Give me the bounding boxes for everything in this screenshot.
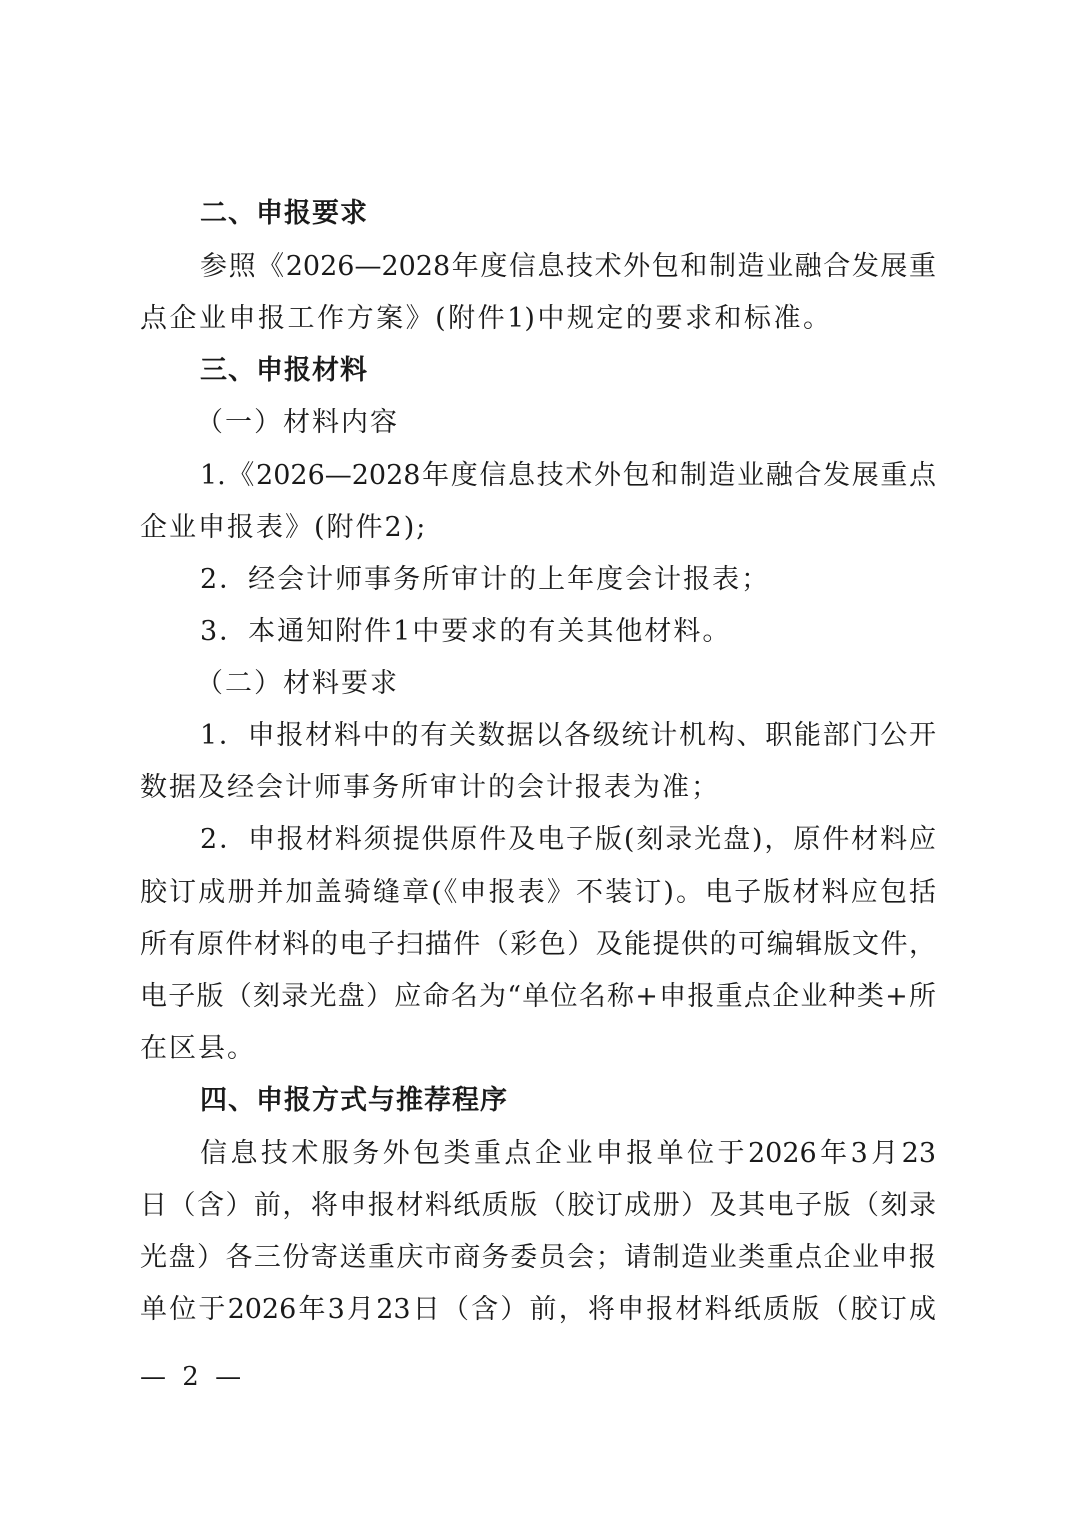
section-heading-requirements: 二、申报要求 <box>200 197 936 231</box>
list-item-line: 企业申报表》(附件2); <box>140 511 936 545</box>
section-heading-materials: 三、申报材料 <box>200 354 936 388</box>
list-item: 3．本通知附件1中要求的有关其他材料。 <box>200 615 936 649</box>
section-heading-procedure: 四、申报方式与推荐程序 <box>200 1084 936 1118</box>
subsection-heading-requirements: （二）材料要求 <box>196 667 992 701</box>
paragraph-line: 日（含）前，将申报材料纸质版（胶订成册）及其电子版（刻录 <box>140 1189 936 1223</box>
list-item-line: 胶订成册并加盖骑缝章(《申报表》不装订)。电子版材料应包括 <box>140 876 936 910</box>
paragraph-line: 信息技术服务外包类重点企业申报单位于2026年3月23 <box>200 1137 936 1171</box>
paragraph-line: 单位于2026年3月23日（含）前，将申报材料纸质版（胶订成 <box>140 1293 936 1327</box>
list-item-line: 2．申报材料须提供原件及电子版(刻录光盘)，原件材料应 <box>200 823 936 857</box>
list-item-line: 电子版（刻录光盘）应命名为“单位名称+申报重点企业种类+所 <box>140 980 936 1014</box>
list-item-line: 1.《2026—2028年度信息技术外包和制造业融合发展重点 <box>200 459 936 493</box>
list-item-line: 数据及经会计师事务所审计的会计报表为准； <box>140 771 936 805</box>
paragraph-line: 参照《2026—2028年度信息技术外包和制造业融合发展重 <box>200 250 936 284</box>
paragraph-line: 光盘）各三份寄送重庆市商务委员会；请制造业类重点企业申报 <box>140 1241 936 1275</box>
subsection-heading-content: （一）材料内容 <box>196 406 992 440</box>
list-item: 2．经会计师事务所审计的上年度会计报表； <box>200 563 936 597</box>
list-item-line: 在区县。 <box>140 1032 936 1066</box>
page-number: — 2 — <box>140 1362 245 1392</box>
list-item-line: 所有原件材料的电子扫描件（彩色）及能提供的可编辑版文件， <box>140 928 936 962</box>
document-page: 二、申报要求 参照《2026—2028年度信息技术外包和制造业融合发展重 点企业… <box>0 0 1074 1520</box>
list-item-line: 1．申报材料中的有关数据以各级统计机构、职能部门公开 <box>200 719 936 753</box>
paragraph-line: 点企业申报工作方案》(附件1)中规定的要求和标准。 <box>140 302 830 336</box>
